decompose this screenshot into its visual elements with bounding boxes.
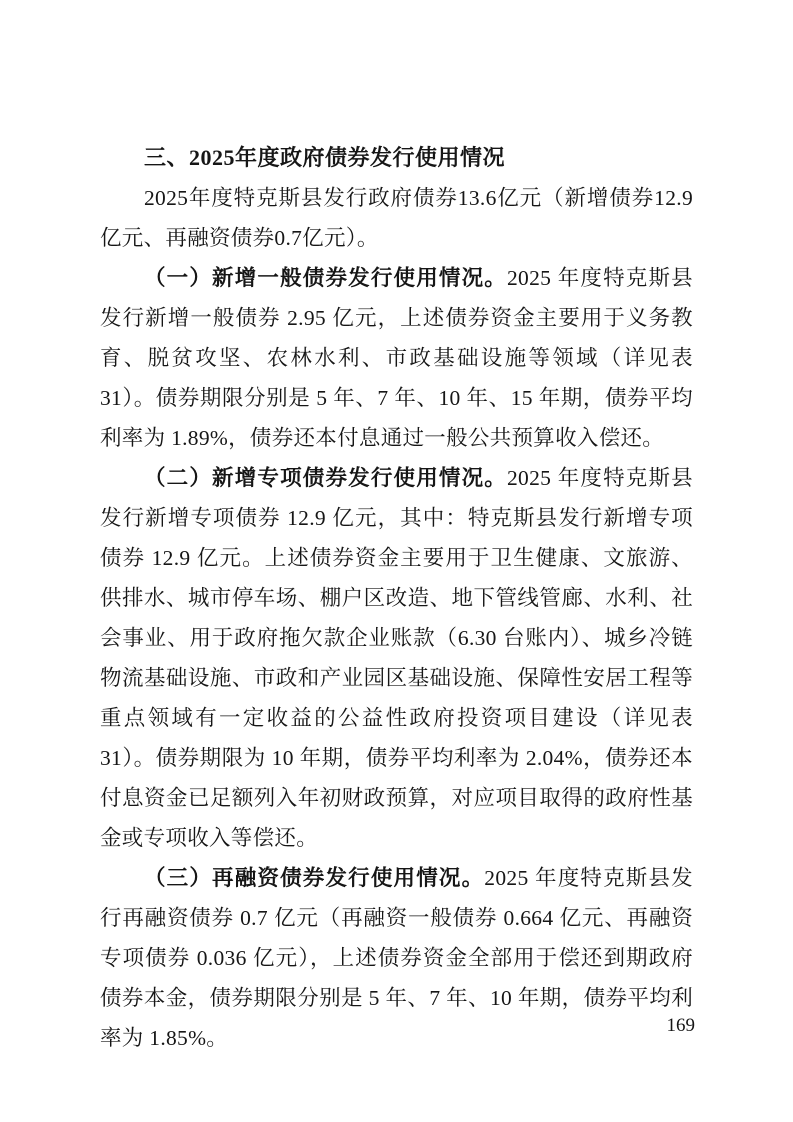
- document-content: 三、2025年度政府债券发行使用情况 2025年度特克斯县发行政府债券13.6亿…: [100, 138, 693, 1058]
- page-number: 169: [667, 1014, 696, 1038]
- paragraph-subsection-3: （三）再融资债券发行使用情况。2025 年度特克斯县发行再融资债券 0.7 亿元…: [100, 858, 693, 1058]
- intro-text: 2025年度特克斯县发行政府债券13.6亿元（新增债券12.9亿元、再融资债券0…: [100, 186, 693, 250]
- subsection-2-title: （二）新增专项债券发行使用情况。: [144, 466, 507, 490]
- paragraph-subsection-1: （一）新增一般债券发行使用情况。2025 年度特克斯县发行新增一般债券 2.95…: [100, 258, 693, 458]
- subsection-2-text: 2025 年度特克斯县发行新增专项债券 12.9 亿元，其中：特克斯县发行新增专…: [100, 466, 693, 850]
- subsection-3-title: （三）再融资债券发行使用情况。: [144, 866, 484, 890]
- document-page: 三、2025年度政府债券发行使用情况 2025年度特克斯县发行政府债券13.6亿…: [0, 0, 793, 1122]
- paragraph-subsection-2: （二）新增专项债券发行使用情况。2025 年度特克斯县发行新增专项债券 12.9…: [100, 458, 693, 858]
- subsection-1-title: （一）新增一般债券发行使用情况。: [144, 266, 507, 290]
- subsection-1-text: 2025 年度特克斯县发行新增一般债券 2.95 亿元，上述债券资金主要用于义务…: [100, 266, 693, 450]
- paragraph-intro: 2025年度特克斯县发行政府债券13.6亿元（新增债券12.9亿元、再融资债券0…: [100, 178, 693, 258]
- section-heading: 三、2025年度政府债券发行使用情况: [100, 138, 693, 178]
- subsection-3-text: 2025 年度特克斯县发行再融资债券 0.7 亿元（再融资一般债券 0.664 …: [100, 866, 693, 1050]
